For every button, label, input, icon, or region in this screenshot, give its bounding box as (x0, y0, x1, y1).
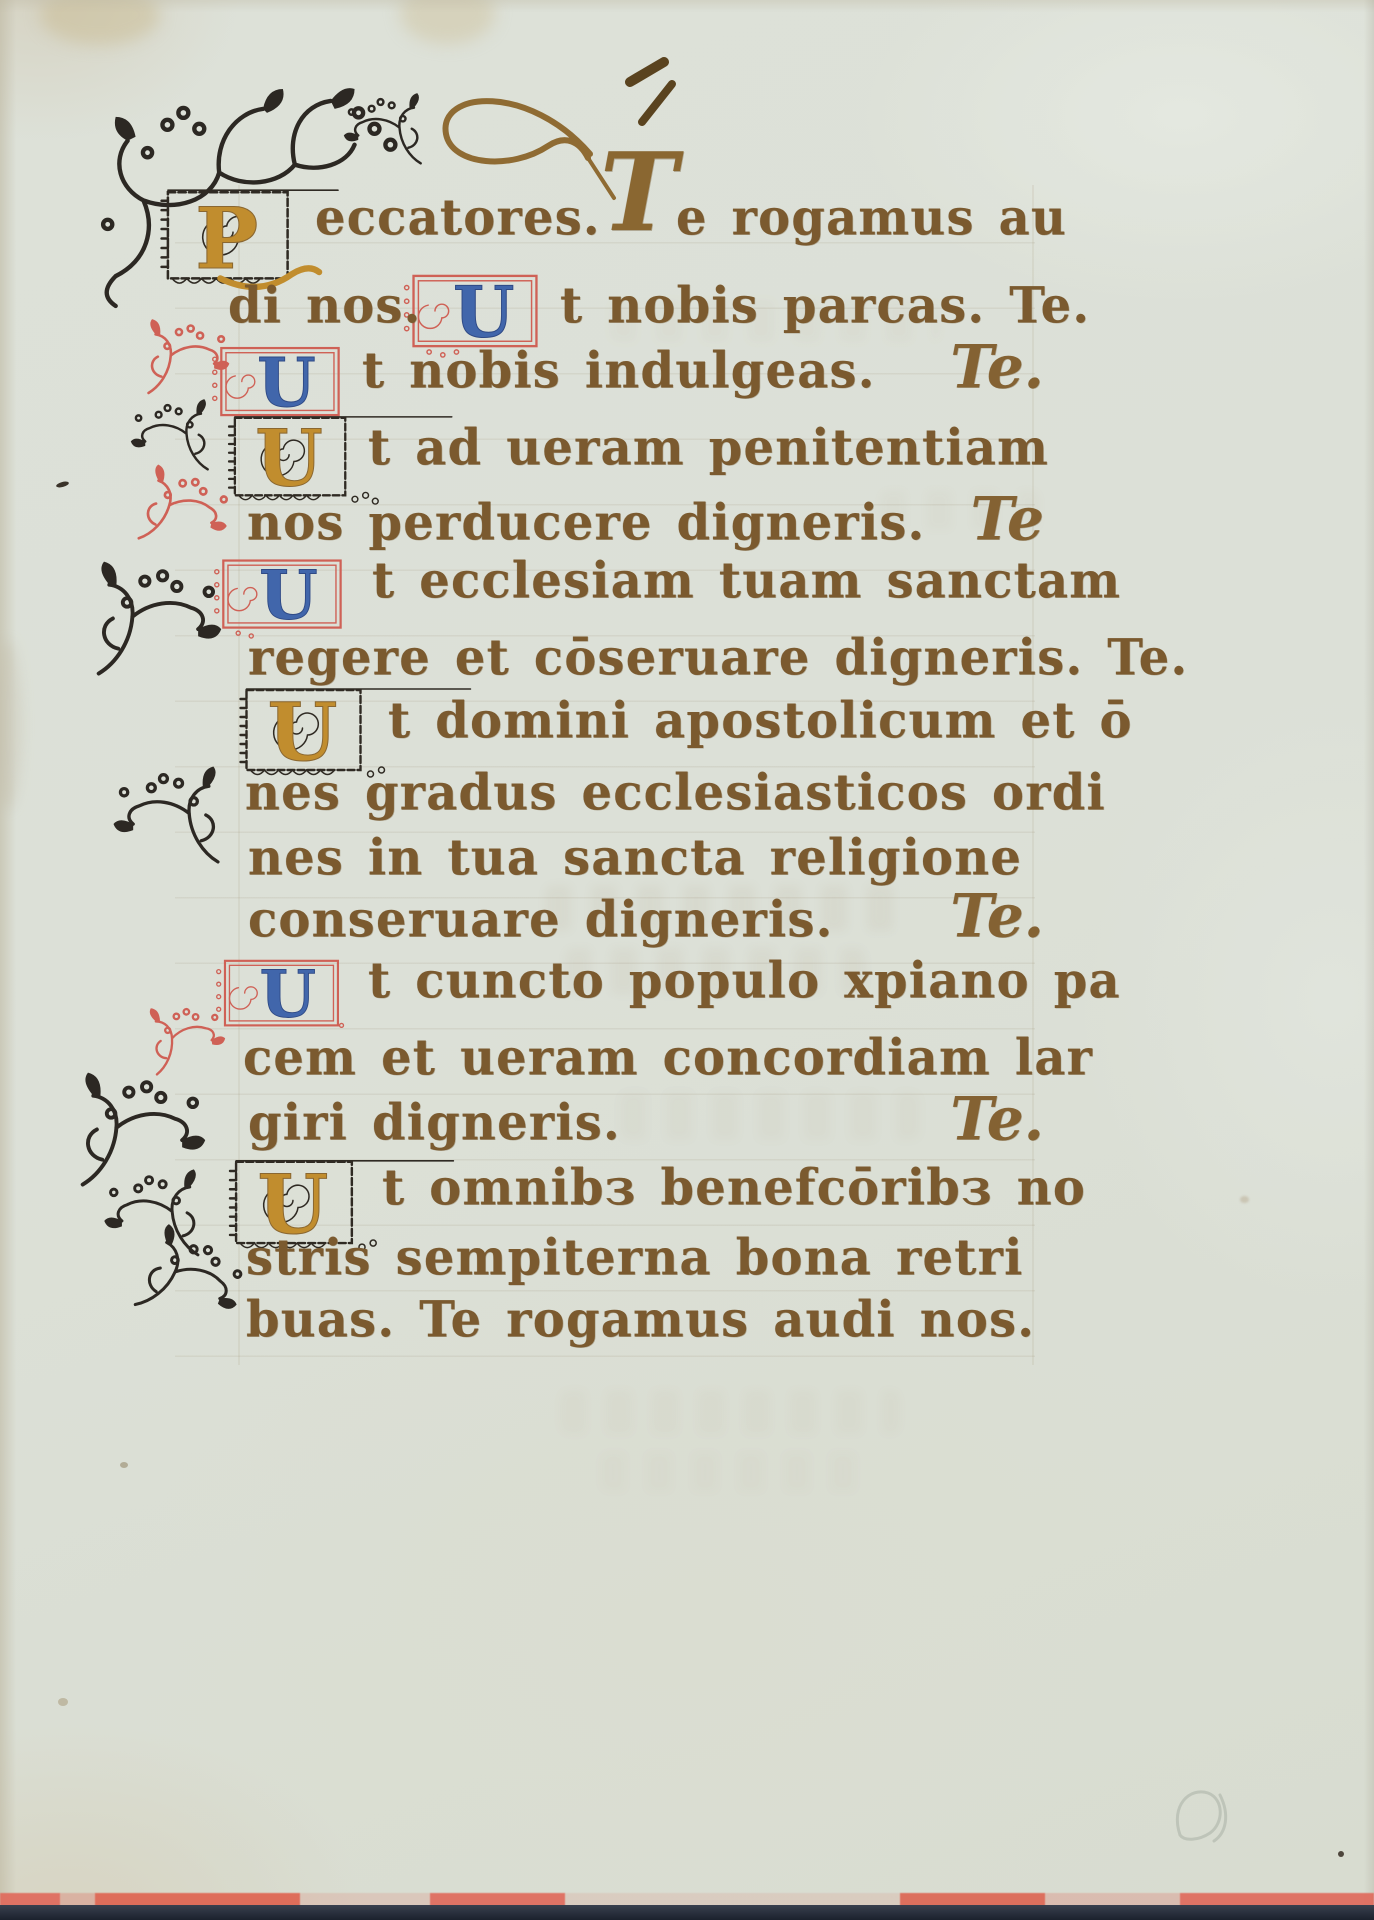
text-line: t ad ueram penitentiam (0, 419, 1374, 492)
text-line: t domini apostolicum et ō (0, 692, 1374, 765)
parchment-stain (40, 0, 160, 45)
manuscript-page-photo: P U U U U (0, 0, 1374, 1920)
line-text: t omnibз benefcōribз no (382, 1159, 1086, 1217)
parchment-stain (400, 0, 495, 44)
foxing-spot (58, 1698, 68, 1706)
line-text: t ad ueram penitentiam (368, 419, 1049, 477)
line-text: e rogamus au (676, 189, 1067, 247)
text-line: t cuncto populo xpiano pa (0, 952, 1374, 1025)
text-line: regere et cōseruare digneris. Te. (0, 629, 1374, 702)
line-text: nes in tua sancta religione (248, 829, 1022, 887)
line-text: buas. Te rogamus audi nos. (246, 1291, 1035, 1349)
line-text: nos perducere digneris. (247, 494, 925, 552)
display-initial-te: T (600, 128, 679, 256)
line-response-te: Te (971, 483, 1044, 554)
showthrough-ghost (560, 1390, 900, 1434)
line-text: cem et ueram concordiam lar (243, 1029, 1093, 1087)
text-line: cem et ueram concordiam lar (0, 1029, 1374, 1102)
photo-bottom-edge (0, 1905, 1374, 1920)
text-line: eccatores. T e rogamus au (0, 189, 1374, 262)
ink-speck (1338, 1851, 1344, 1857)
line-text: stris sempiterna bona retri (246, 1229, 1024, 1287)
pencil-folio-mark (1160, 1775, 1260, 1855)
showthrough-ghost (600, 1452, 860, 1492)
line-text: regere et cōseruare digneris. Te. (248, 629, 1188, 687)
text-line: nes gradus ecclesiasticos ordi (0, 764, 1374, 837)
text-line: t ecclesiam tuam sanctam (0, 552, 1374, 625)
text-line: t nobis indulgeas. Te. (0, 342, 1374, 415)
line-text: t nobis indulgeas. (362, 342, 876, 400)
text-line: di nos. t nobis parcas. Te. (0, 277, 1374, 350)
line-text: t domini apostolicum et ō (388, 692, 1133, 750)
line-response-te: Te. (950, 1083, 1044, 1154)
line-response-te: Te. (950, 880, 1044, 951)
text-line: buas. Te rogamus audi nos. (0, 1291, 1374, 1364)
line-text: eccatores. (315, 189, 601, 247)
book-edge-red-stain (0, 1893, 1374, 1907)
line-text: nes gradus ecclesiasticos ordi (245, 764, 1106, 822)
line-text: conseruare digneris. (248, 891, 834, 949)
foxing-spot (120, 1462, 128, 1468)
line-text: t ecclesiam tuam sanctam (372, 552, 1121, 610)
line-text: giri digneris. (248, 1094, 621, 1152)
penwork-spray-black (330, 92, 440, 170)
text-line: t omnibз benefcōribз no (0, 1159, 1374, 1232)
page-edge-top (0, 0, 1374, 12)
line-lead: di nos. (228, 277, 422, 335)
line-text: t nobis parcas. Te. (560, 277, 1090, 335)
text-line: giri digneris. Te. (0, 1094, 1374, 1167)
line-text: t cuncto populo xpiano pa (368, 952, 1121, 1010)
line-response-te: Te. (950, 331, 1044, 402)
